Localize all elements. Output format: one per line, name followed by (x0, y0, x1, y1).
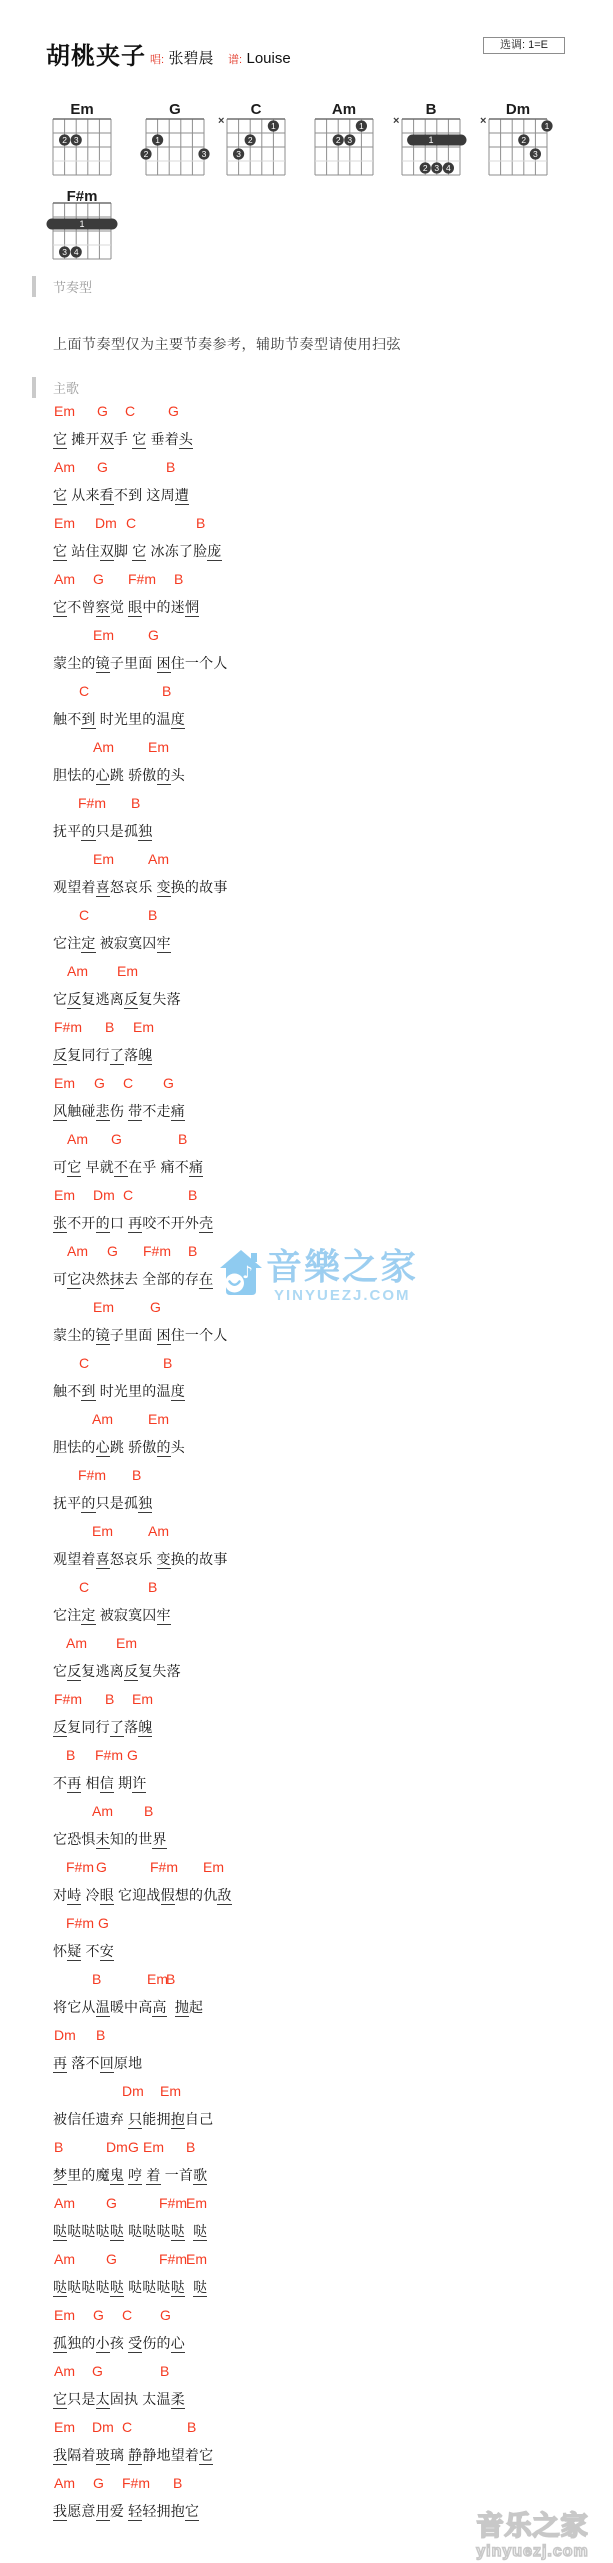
chord-label: C (125, 403, 135, 419)
chord-label: B (196, 515, 205, 531)
chord-label: Am (66, 1635, 87, 1651)
chord-line: BEmB (0, 1971, 613, 1989)
lyric-line: 它 站住双脚 它 冰冻了脸庞 (53, 541, 222, 561)
chord-label: B (66, 1747, 75, 1763)
chord-label: Em (54, 2307, 75, 2323)
lyric-line: 可它 早就不在乎 痛不痛 (53, 1157, 203, 1177)
lyric-line: 它不曾察觉 眼中的迷惘 (53, 597, 199, 617)
chord-label: Em (160, 2083, 181, 2099)
chord-line: AmGF#mEm (0, 2251, 613, 2269)
chord-label: Dm (106, 2139, 128, 2155)
chord-label: B (131, 795, 140, 811)
chord-label: Am (93, 739, 114, 755)
chord-label: Dm (92, 2419, 114, 2435)
chord-line: EmGCG (0, 2307, 613, 2325)
chord-label: F#m (66, 1859, 94, 1875)
chord-label: Em (133, 1019, 154, 1035)
chord-line: BDmGEmB (0, 2139, 613, 2157)
chord-label: G (150, 1299, 161, 1315)
chord-label: Am (54, 571, 75, 587)
lyric-line: 张不开的口 再咬不开外壳 (53, 1213, 213, 1233)
chord-line: AmGB (0, 459, 613, 477)
chord-label: G (127, 1747, 138, 1763)
chord-label: Em (93, 627, 114, 643)
chord-label: Em (147, 1971, 168, 1987)
chord-line: F#mB (0, 1467, 613, 1485)
chord-label: B (144, 1803, 153, 1819)
lyric-line: 梦里的魔鬼 哼 着 一首歌 (53, 2165, 207, 2185)
chord-label: C (79, 683, 89, 699)
chord-line: F#mGF#mEm (0, 1859, 613, 1877)
chord-label: G (97, 459, 108, 475)
chord-label: Em (92, 1523, 113, 1539)
chord-label: B (160, 2363, 169, 2379)
lyric-line: 将它从温暖中高高 抛起 (53, 1997, 203, 2017)
chord-label: F#m (159, 2195, 187, 2211)
lyric-line: 观望着喜怒哀乐 变换的故事 (53, 877, 228, 897)
chord-label: G (97, 403, 108, 419)
chord-label: F#m (66, 1915, 94, 1931)
chord-label: Em (186, 2195, 207, 2211)
chord-label: G (106, 2251, 117, 2267)
lyric-line: 观望着喜怒哀乐 变换的故事 (53, 1549, 228, 1569)
chord-label: Am (54, 2251, 75, 2267)
lyric-line: 我隔着玻璃 静静地望着它 (53, 2445, 213, 2465)
chord-label: G (92, 2363, 103, 2379)
chord-label: Em (148, 1411, 169, 1427)
chord-label: Em (186, 2251, 207, 2267)
chord-label: G (107, 1243, 118, 1259)
chord-label: Em (132, 1691, 153, 1707)
chord-line: F#mBEm (0, 1019, 613, 1037)
chord-label: B (54, 2139, 63, 2155)
chord-label: Em (143, 2139, 164, 2155)
chord-line: CB (0, 683, 613, 701)
chord-label: Am (54, 459, 75, 475)
lyric-line: 它注定 被寂寞囚牢 (53, 1605, 171, 1625)
lyric-line: 触不到 时光里的温度 (53, 709, 185, 729)
chord-label: B (166, 1971, 175, 1987)
chord-label: B (105, 1019, 114, 1035)
chord-label: F#m (78, 1467, 106, 1483)
chord-label: G (111, 1131, 122, 1147)
chord-label: F#m (143, 1243, 171, 1259)
chord-label: G (98, 1915, 109, 1931)
chord-line: EmGCG (0, 403, 613, 421)
chord-label: G (168, 403, 179, 419)
chord-label: G (93, 2475, 104, 2491)
chord-label: G (148, 627, 159, 643)
chord-label: G (93, 2307, 104, 2323)
chord-label: F#m (54, 1019, 82, 1035)
chord-label: Am (67, 1131, 88, 1147)
chord-line: CB (0, 907, 613, 925)
lyric-line: 胆怯的心跳 骄傲的头 (53, 1437, 185, 1457)
chord-label: B (188, 1243, 197, 1259)
chord-line: AmGF#mB (0, 571, 613, 589)
chord-line: CB (0, 1355, 613, 1373)
chord-line: EmAm (0, 851, 613, 869)
chord-label: Em (54, 1075, 75, 1091)
chord-label: C (123, 1075, 133, 1091)
lyric-line: 抚平的只是孤独 (53, 821, 152, 841)
chord-line: AmEm (0, 963, 613, 981)
lyric-lines: EmGCG它 摊开双手 它 垂着头AmGB它 从来看不到 这周遭EmDmCB它 … (0, 0, 613, 2563)
chord-label: F#m (54, 1691, 82, 1707)
chord-label: B (162, 683, 171, 699)
chord-line: DmB (0, 2027, 613, 2045)
lyric-line: 它反复逃离反复失落 (53, 1661, 181, 1681)
lyric-line: 风触碰悲伤 带不走痛 (53, 1101, 185, 1121)
chord-line: CB (0, 1579, 613, 1597)
chord-line: F#mG (0, 1915, 613, 1933)
lyric-line: 不再 相信 期许 (53, 1773, 146, 1793)
chord-label: C (126, 515, 136, 531)
lyric-line: 它恐惧未知的世界 (53, 1829, 167, 1849)
chord-label: Em (54, 515, 75, 531)
lyric-line: 反复同行了落魄 (53, 1045, 152, 1065)
chord-line: AmB (0, 1803, 613, 1821)
chord-label: B (188, 1187, 197, 1203)
chord-label: Em (148, 739, 169, 755)
chord-label: Am (67, 1243, 88, 1259)
lyric-line: 对峙 冷眼 它迎战假想的仇敌 (53, 1885, 232, 1905)
chord-label: B (174, 571, 183, 587)
chord-line: AmGB (0, 2363, 613, 2381)
chord-line: F#mBEm (0, 1691, 613, 1709)
chord-label: B (148, 1579, 157, 1595)
lyric-line: 蒙尘的镜子里面 困住一个人 (53, 1325, 228, 1345)
chord-label: Am (54, 2363, 75, 2379)
chord-label: Em (116, 1635, 137, 1651)
chord-label: F#m (95, 1747, 123, 1763)
chord-label: B (132, 1467, 141, 1483)
chord-line: AmGF#mEm (0, 2195, 613, 2213)
lyric-line: 胆怯的心跳 骄傲的头 (53, 765, 185, 785)
chord-line: EmG (0, 1299, 613, 1317)
chord-label: Em (93, 1299, 114, 1315)
lyric-line: 抚平的只是孤独 (53, 1493, 152, 1513)
chord-label: Em (203, 1859, 224, 1875)
chord-line: AmEm (0, 1635, 613, 1653)
lyric-line: 它注定 被寂寞囚牢 (53, 933, 171, 953)
chord-line: EmDmCB (0, 515, 613, 533)
chord-label: Am (92, 1803, 113, 1819)
lyric-line: 再 落不回原地 (53, 2053, 142, 2073)
chord-label: C (123, 1187, 133, 1203)
chord-label: Dm (54, 2027, 76, 2043)
lyric-line: 哒哒哒哒哒 哒哒哒哒 哒 (53, 2277, 207, 2297)
chord-label: F#m (122, 2475, 150, 2491)
chord-label: G (163, 1075, 174, 1091)
lyric-line: 触不到 时光里的温度 (53, 1381, 185, 1401)
chord-label: C (79, 1355, 89, 1371)
chord-label: Am (92, 1411, 113, 1427)
lyric-line: 蒙尘的镜子里面 困住一个人 (53, 653, 228, 673)
chord-label: B (105, 1691, 114, 1707)
chord-label: G (160, 2307, 171, 2323)
chord-line: EmDmCB (0, 1187, 613, 1205)
chord-line: AmGB (0, 1131, 613, 1149)
chord-label: C (79, 907, 89, 923)
chord-label: B (166, 459, 175, 475)
chord-line: EmG (0, 627, 613, 645)
lyric-line: 哒哒哒哒哒 哒哒哒哒 哒 (53, 2221, 207, 2241)
chord-label: F#m (150, 1859, 178, 1875)
chord-label: F#m (159, 2251, 187, 2267)
chord-label: Em (54, 2419, 75, 2435)
chord-label: B (92, 1971, 101, 1987)
chord-line: AmGF#mB (0, 2475, 613, 2493)
lyric-line: 怀疑 不安 (53, 1941, 114, 1961)
chord-sheet-page: 胡桃夹子 唱: 张碧晨 谱: Louise 选调: 1=E Em23G123C×… (0, 0, 613, 2563)
chord-line: DmEm (0, 2083, 613, 2101)
lyric-line: 孤独的小孩 受伤的心 (53, 2333, 185, 2353)
chord-label: Am (54, 2475, 75, 2491)
chord-line: EmGCG (0, 1075, 613, 1093)
chord-line: F#mB (0, 795, 613, 813)
chord-line: AmEm (0, 1411, 613, 1429)
lyric-line: 它 从来看不到 这周遭 (53, 485, 189, 505)
chord-label: Dm (122, 2083, 144, 2099)
chord-label: B (187, 2419, 196, 2435)
lyric-line: 可它决然抹去 全部的存在 (53, 1269, 213, 1289)
chord-line: AmEm (0, 739, 613, 757)
chord-label: G (96, 1859, 107, 1875)
chord-label: C (79, 1579, 89, 1595)
chord-label: Am (54, 2195, 75, 2211)
chord-label: Dm (93, 1187, 115, 1203)
chord-label: Am (148, 1523, 169, 1539)
chord-label: B (96, 2027, 105, 2043)
chord-label: F#m (78, 795, 106, 811)
chord-label: B (148, 907, 157, 923)
lyric-line: 它只是太固执 太温柔 (53, 2389, 185, 2409)
chord-label: C (122, 2307, 132, 2323)
chord-label: Am (148, 851, 169, 867)
lyric-line: 反复同行了落魄 (53, 1717, 152, 1737)
chord-label: G (128, 2139, 139, 2155)
chord-label: Em (54, 403, 75, 419)
chord-line: EmAm (0, 1523, 613, 1541)
chord-label: F#m (128, 571, 156, 587)
chord-label: B (163, 1355, 172, 1371)
chord-label: Em (54, 1187, 75, 1203)
chord-label: B (173, 2475, 182, 2491)
chord-line: EmDmCB (0, 2419, 613, 2437)
chord-label: B (178, 1131, 187, 1147)
lyric-line: 被信任遗弃 只能拥抱自己 (53, 2109, 213, 2129)
chord-label: Am (67, 963, 88, 979)
chord-label: C (122, 2419, 132, 2435)
chord-line: BF#mG (0, 1747, 613, 1765)
chord-label: Dm (95, 515, 117, 531)
chord-label: Em (117, 963, 138, 979)
chord-label: G (106, 2195, 117, 2211)
chord-line: AmGF#mB (0, 1243, 613, 1261)
chord-label: B (186, 2139, 195, 2155)
lyric-line: 它 摊开双手 它 垂着头 (53, 429, 193, 449)
chord-label: Em (93, 851, 114, 867)
chord-label: G (93, 571, 104, 587)
lyric-line: 我愿意用爱 轻轻拥抱它 (53, 2501, 199, 2521)
chord-label: G (94, 1075, 105, 1091)
lyric-line: 它反复逃离反复失落 (53, 989, 181, 1009)
